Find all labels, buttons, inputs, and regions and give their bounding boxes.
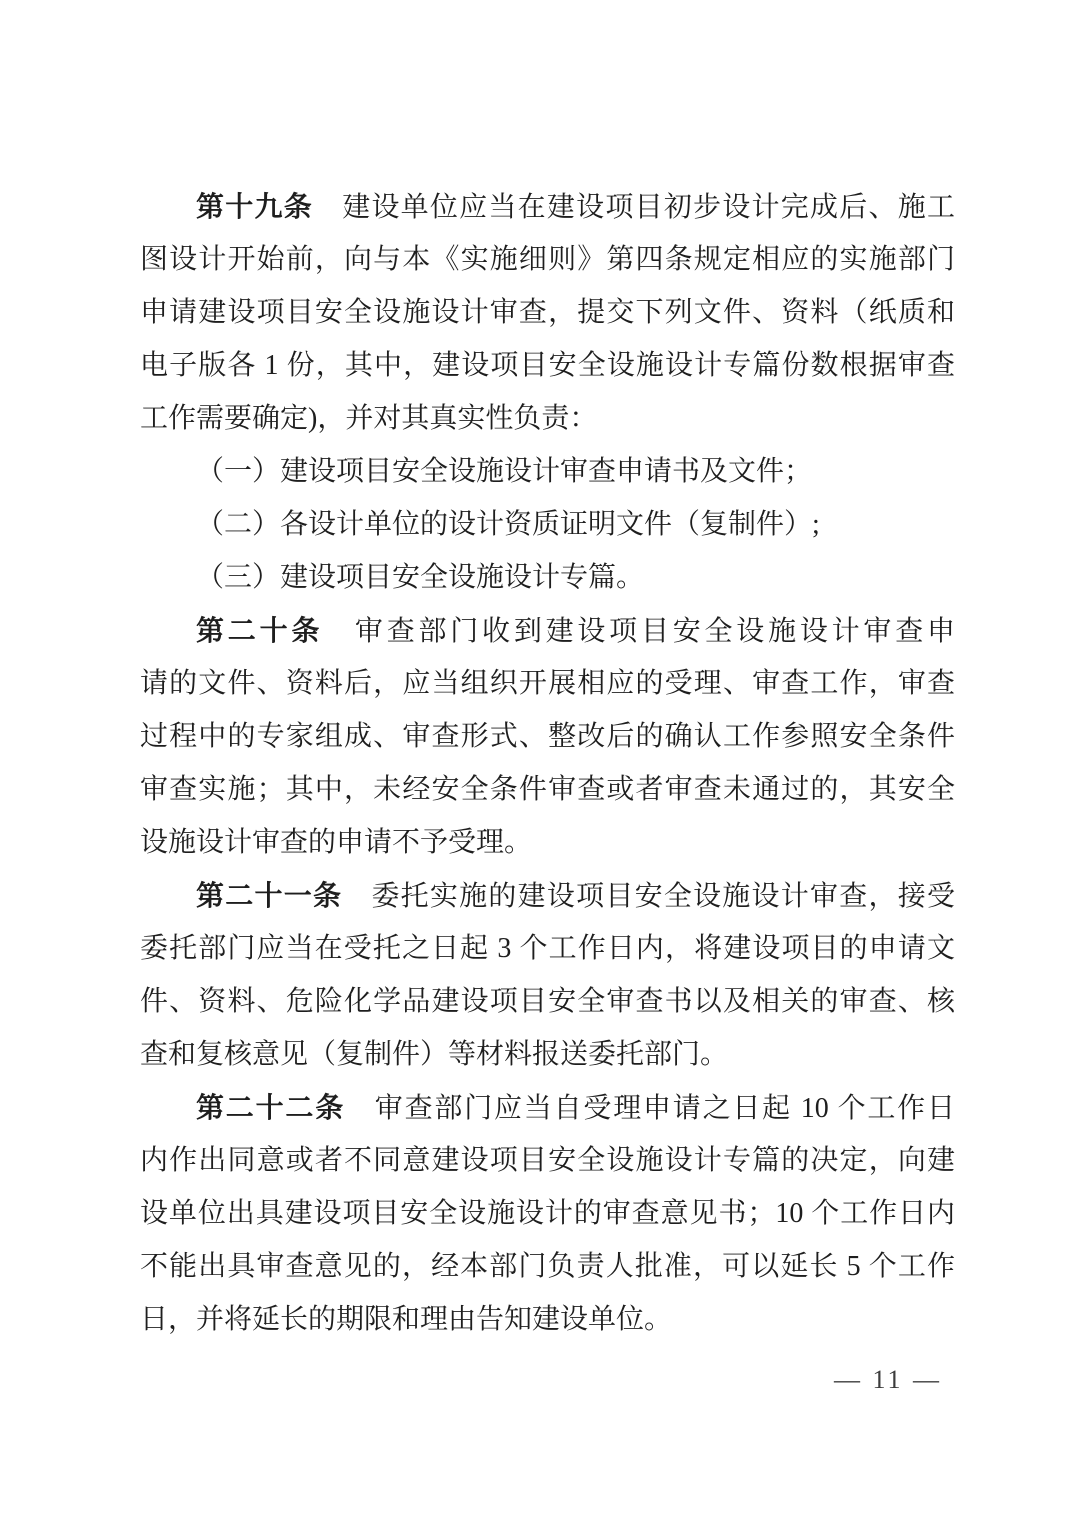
article-20-paragraph: 第二十条 审查部门收到建设项目安全设施设计审查申 请的文件、资料后，应当组织开展… — [140, 604, 955, 869]
line-text: 建设单位应当在建设项目初步设计完成后、施工 — [313, 192, 955, 223]
text-line: 查和复核意见（复制件）等材料报送委托部门。 — [140, 1028, 955, 1081]
text-line: 审查实施；其中，未经安全条件审查或者审查未通过的，其安全 — [140, 763, 955, 816]
text-line: 图设计开始前，向与本《实施细则》第四条规定相应的实施部门 — [140, 233, 955, 286]
text-line: 不能出具审查意见的，经本部门负责人批准，可以延长 5 个工作 — [140, 1240, 955, 1293]
article-21-paragraph: 第二十一条 委托实施的建设项目安全设施设计审查，接受 委托部门应当在受托之日起 … — [140, 869, 955, 1081]
list-item-1: （一）建设项目安全设施设计审查申请书及文件； — [140, 445, 955, 498]
document-page: 第十九条 建设单位应当在建设项目初步设计完成后、施工 图设计开始前，向与本《实施… — [0, 0, 1080, 1527]
article-22-number: 第二十二条 — [196, 1092, 345, 1123]
text-line: 第十九条 建设单位应当在建设项目初步设计完成后、施工 — [140, 180, 955, 233]
text-line: 电子版各 1 份，其中，建设项目安全设施设计专篇份数根据审查 — [140, 339, 955, 392]
text-line: 件、资料、危险化学品建设项目安全审查书以及相关的审查、核 — [140, 975, 955, 1028]
text-line: 设施设计审查的申请不予受理。 — [140, 816, 955, 869]
line-text: 审查部门收到建设项目安全设施设计审查申 — [323, 616, 955, 647]
text-line: 第二十二条 审查部门应当自受理申请之日起 10 个工作日 — [140, 1081, 955, 1134]
article-19-number: 第十九条 — [196, 191, 313, 222]
line-text: 委托实施的建设项目安全设施设计审查，接受 — [342, 881, 955, 912]
text-line: （一）建设项目安全设施设计审查申请书及文件； — [140, 445, 955, 498]
text-line: （三）建设项目安全设施设计专篇。 — [140, 551, 955, 604]
article-22-paragraph: 第二十二条 审查部门应当自受理申请之日起 10 个工作日 内作出同意或者不同意建… — [140, 1081, 955, 1346]
list-item-3: （三）建设项目安全设施设计专篇。 — [140, 551, 955, 604]
text-line: 第二十一条 委托实施的建设项目安全设施设计审查，接受 — [140, 869, 955, 922]
list-item-2: （二）各设计单位的设计资质证明文件（复制件）; — [140, 498, 955, 551]
text-line: 内作出同意或者不同意建设项目安全设施设计专篇的决定，向建 — [140, 1134, 955, 1187]
document-content: 第十九条 建设单位应当在建设项目初步设计完成后、施工 图设计开始前，向与本《实施… — [140, 180, 955, 1346]
text-line: 请的文件、资料后，应当组织开展相应的受理、审查工作，审查 — [140, 657, 955, 710]
article-21-number: 第二十一条 — [196, 880, 342, 911]
text-line: 设单位出具建设项目安全设施设计的审查意见书；10 个工作日内 — [140, 1187, 955, 1240]
text-line: 委托部门应当在受托之日起 3 个工作日内，将建设项目的申请文 — [140, 922, 955, 975]
article-19-paragraph: 第十九条 建设单位应当在建设项目初步设计完成后、施工 图设计开始前，向与本《实施… — [140, 180, 955, 445]
article-20-number: 第二十条 — [196, 615, 323, 646]
text-line: 工作需要确定)，并对其真实性负责： — [140, 392, 955, 445]
text-line: 申请建设项目安全设施设计审查，提交下列文件、资料（纸质和 — [140, 286, 955, 339]
text-line: （二）各设计单位的设计资质证明文件（复制件）; — [140, 498, 955, 551]
text-line: 过程中的专家组成、审查形式、整改后的确认工作参照安全条件 — [140, 710, 955, 763]
text-line: 日，并将延长的期限和理由告知建设单位。 — [140, 1293, 955, 1346]
line-text: 审查部门应当自受理申请之日起 10 个工作日 — [345, 1093, 955, 1124]
page-number: — 11 — — [834, 1364, 942, 1396]
text-line: 第二十条 审查部门收到建设项目安全设施设计审查申 — [140, 604, 955, 657]
